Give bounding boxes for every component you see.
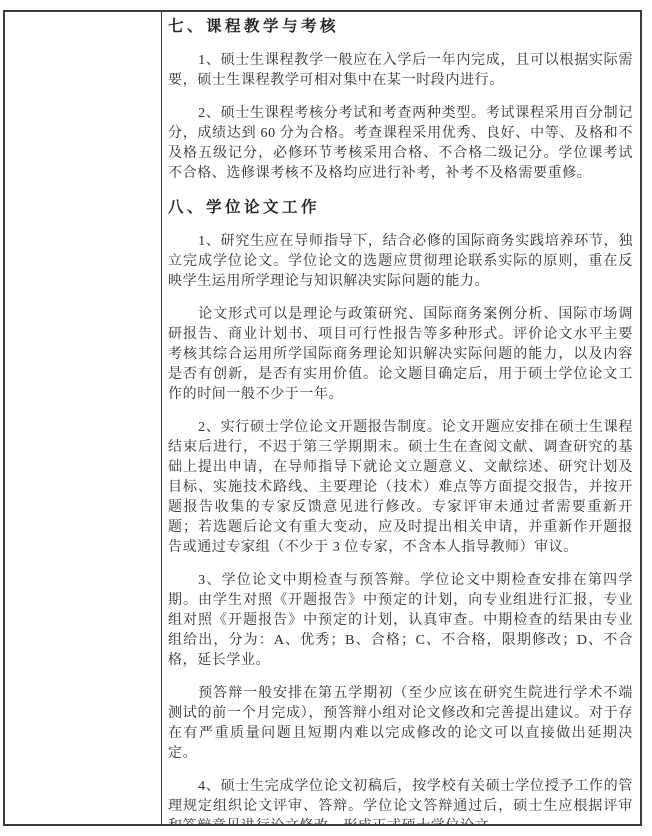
- section-heading-course-teaching-assessment: 七、课程教学与考核: [168, 16, 633, 38]
- table-left-empty-cell: [5, 12, 162, 824]
- paragraph-midterm-check-predefense: 3、学位论文中期检查与预答辩。学位论文中期检查安排在第四学期。由学生对照《开题报…: [168, 571, 633, 671]
- paragraph-thesis-review-defense: 4、硕士生完成学位论文初稿后，按学校有关硕士学位授予工作的管理规定组织论文评审、…: [168, 777, 633, 824]
- paragraph-course-grading-rules: 2、硕士生课程考核分考试和考查两种类型。考试课程采用百分制记分，成绩达到 60 …: [168, 104, 633, 184]
- training-program-table: 七、课程教学与考核 1、硕士生课程教学一般应在入学后一年内完成，且可以根据实际需…: [3, 10, 642, 826]
- section-heading-degree-thesis-work: 八、学位论文工作: [168, 197, 633, 219]
- paragraph-thesis-forms-evaluation: 论文形式可以是理论与政策研究、国际商务案例分析、国际市场调研报告、商业计划书、项…: [168, 305, 633, 405]
- paragraph-course-teaching-schedule: 1、硕士生课程教学一般应在入学后一年内完成，且可以根据实际需要，硕士生课程教学可…: [168, 51, 633, 91]
- paragraph-thesis-proposal-system: 2、实行硕士学位论文开题报告制度。论文开题应安排在硕士生课程结束后进行，不迟于第…: [168, 418, 633, 558]
- document-page: 七、课程教学与考核 1、硕士生课程教学一般应在入学后一年内完成，且可以根据实际需…: [0, 0, 652, 836]
- paragraph-predefense-schedule: 预答辩一般安排在第五学期初（至少应该在研究生院进行学术不端测试的前一个月完成），…: [168, 684, 633, 764]
- table-right-content-cell: 七、课程教学与考核 1、硕士生课程教学一般应在入学后一年内完成，且可以根据实际需…: [162, 12, 640, 824]
- paragraph-thesis-topic-selection: 1、研究生应在导师指导下，结合必修的国际商务实践培养环节，独立完成学位论文。学位…: [168, 232, 633, 292]
